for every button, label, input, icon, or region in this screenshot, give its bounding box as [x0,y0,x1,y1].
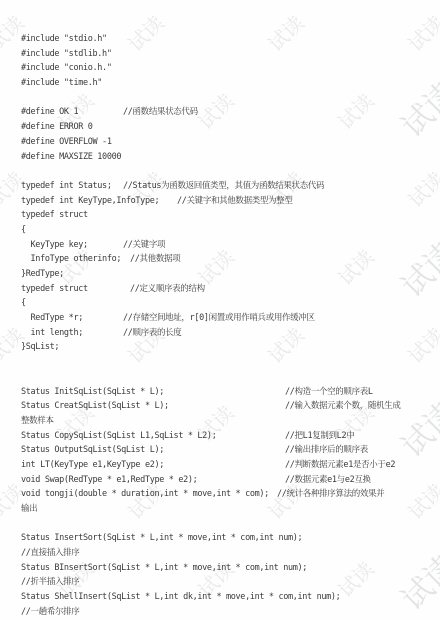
code-line: //直接插入排序 [0,546,440,561]
code-line: //折半插入排序 [0,575,440,590]
code-listing: #include "stdio.h"#include "stdlib.h"#in… [0,32,440,620]
code-text: #define OVERFLOW -1 [21,137,112,147]
code-comment: //关键字和其他数据类型为整型 [177,194,293,209]
code-line: { [0,296,440,311]
code-text: Status InitSqList(SqList * L); [21,387,164,397]
code-text: int length; [21,328,83,338]
code-text: typedef struct [21,284,88,294]
code-comment: //构造一个空的顺序表L [285,385,373,400]
code-line: typedef int KeyType,InfoType;//关键字和其他数据类… [0,194,440,209]
code-line: Status BInsertSort(SqList * L,int * move… [0,561,440,576]
code-text: Status ShellInsert(SqList * L,int dk,int… [21,592,340,602]
code-text: typedef int Status; [21,181,112,191]
code-comment: //顺序表的长度 [123,326,181,341]
code-text: Status CreatSqList(SqList * L); [21,401,169,411]
code-text: Status BInsertSort(SqList * L,int * move… [21,563,307,573]
code-line: typedef struct//定义顺序表的结构 [0,282,440,297]
code-line [0,355,440,370]
code-text: //直接插入排序 [21,548,79,558]
code-line: #define OK 1//函数结果状态代码 [0,105,440,120]
code-line [0,91,440,106]
code-line: 整数样本 [0,414,440,429]
code-line: Status InitSqList(SqList * L);//构造一个空的顺序… [0,385,440,400]
code-line: RedType *r;//存储空间地址，r[0]闲置或用作哨兵或用作缓冲区 [0,311,440,326]
code-line: KeyType key;//关键字项 [0,238,440,253]
code-line: #define OVERFLOW -1 [0,135,440,150]
code-comment: //输出排序后的顺序表 [285,443,368,458]
code-line: int length;//顺序表的长度 [0,326,440,341]
code-text: #include "stdio.h" [21,34,107,44]
code-line: #define ERROR 0 [0,120,440,135]
code-text: InfoType otherinfo; [21,254,121,264]
code-line: Status ShellInsert(SqList * L,int dk,int… [0,590,440,605]
code-text: 输出 [21,504,37,514]
code-line [0,164,440,179]
code-comment: //数据元素e1与e2互换 [285,473,371,488]
code-comment: //判断数据元素e1是否小于e2 [285,458,395,473]
code-text: 整数样本 [21,416,54,426]
code-text: int LT(KeyType e1,KeyType e2); [21,460,164,470]
code-line: #include "stdio.h" [0,32,440,47]
code-line [0,370,440,385]
code-text: }SqList; [21,342,59,352]
code-text: #include "time.h" [21,78,102,88]
code-line: void tongji(double * duration,int * move… [0,487,440,502]
code-text: { [21,298,26,308]
code-text: Status OutputSqList(SqList L); [21,445,164,455]
code-line: //一趟希尔排序 [0,605,440,620]
code-text: #include "conio.h." [21,63,112,73]
code-text: { [21,225,26,235]
code-line [0,517,440,532]
code-comment: //函数结果状态代码 [123,105,198,120]
code-text: #include "stdlib.h" [21,49,112,59]
code-line: typedef struct [0,208,440,223]
code-text: #define MAXSIZE 10000 [21,152,121,162]
code-text: }RedType; [21,269,64,279]
code-line: void Swap(RedType * e1,RedType * e2);//数… [0,473,440,488]
code-line: InfoType otherinfo;//其他数据项 [0,252,440,267]
code-text: void Swap(RedType * e1,RedType * e2); [21,475,197,485]
code-text: typedef struct [21,210,88,220]
code-comment: //关键字项 [123,238,165,253]
code-line: }SqList; [0,340,440,355]
code-text: //折半插入排序 [21,577,79,587]
code-line: #define MAXSIZE 10000 [0,150,440,165]
code-comment: //统计各种排序算法的效果并 [277,487,384,502]
code-comment: //把L1复制到L2中 [285,429,354,444]
code-line: int LT(KeyType e1,KeyType e2);//判断数据元素e1… [0,458,440,473]
code-line: #include "time.h" [0,76,440,91]
code-line: Status InsertSort(SqList * L,int * move,… [0,531,440,546]
code-text: Status InsertSort(SqList * L,int * move,… [21,533,302,543]
code-line: 输出 [0,502,440,517]
code-text: #define OK 1 [21,107,78,117]
document-page: 试读试读试读试读试读试读试读试读试读试读试读试读试读试读试读试读试读试读试读试读… [0,0,440,620]
code-line: typedef int Status;//Status为函数返回值类型，其值为函… [0,179,440,194]
code-text: void tongji(double * duration,int * move… [21,489,269,499]
code-line: Status CreatSqList(SqList * L);//输入数据元素个… [0,399,440,414]
code-text: typedef int KeyType,InfoType; [21,196,159,206]
code-line: #include "conio.h." [0,61,440,76]
code-comment: //输入数据元素个数，随机生成 [285,399,401,414]
code-line: #include "stdlib.h" [0,47,440,62]
code-line: Status CopySqList(SqList L1,SqList * L2)… [0,429,440,444]
code-line: Status OutputSqList(SqList L);//输出排序后的顺序… [0,443,440,458]
code-text: //一趟希尔排序 [21,607,79,617]
code-comment: //Status为函数返回值类型，其值为函数结果状态代码 [123,179,324,194]
code-text: KeyType key; [21,240,88,250]
code-line: }RedType; [0,267,440,282]
code-text: Status CopySqList(SqList L1,SqList * L2)… [21,431,216,441]
code-comment: //其他数据项 [130,252,180,267]
code-comment: //定义顺序表的结构 [130,282,205,297]
code-text: #define ERROR 0 [21,122,93,132]
code-line: { [0,223,440,238]
code-text: RedType *r; [21,313,83,323]
code-comment: //存储空间地址，r[0]闲置或用作哨兵或用作缓冲区 [123,311,315,326]
